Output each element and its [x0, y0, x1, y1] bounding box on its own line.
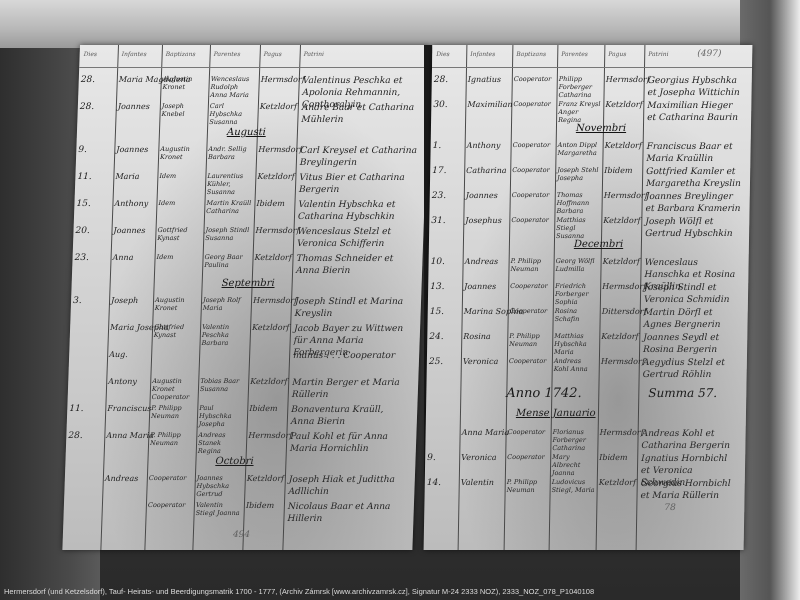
entry-village: Ibidem [599, 453, 627, 462]
entry-sponsors: manus . . . Cooperator [293, 350, 411, 362]
entry-village: Ibidem [249, 404, 278, 413]
entry-parents: Franz Kreysl Anger Regina [558, 100, 601, 124]
entry-day: 20. [75, 226, 90, 236]
entry-baptizans: Cooperator [149, 474, 193, 482]
entry-sponsors: Joseph Stindl et Veronica Schmidin [644, 282, 740, 306]
entry-infant: Josephus [465, 216, 502, 225]
month-heading: Septembri [221, 278, 274, 289]
entry-village: Hermsdorf [606, 75, 650, 84]
entry-parents: Valentin Peschka Barbara [201, 323, 248, 347]
entry-baptizans: Cooperator [512, 166, 553, 174]
column-header: Pagus [264, 51, 282, 58]
entry-day: 25. [429, 357, 444, 367]
entry-infant: Joannes [466, 191, 498, 200]
entry-village: Ketzldorf [603, 216, 640, 225]
entry-sponsors: Aegydius Stelzl et Gertrud Röhlin [643, 357, 739, 381]
entry-village: Ketzldorf [252, 323, 290, 332]
entry-baptizans: Cooperator [508, 428, 549, 436]
entry-village: Ibidem [604, 166, 632, 175]
entry-sponsors: Joseph Hiak et Judittha Adllichin [288, 474, 407, 498]
entry-parents: Joseph Stehl Josepha [557, 166, 600, 182]
entry-infant: Antony [108, 377, 137, 386]
entry-infant: Maria [115, 172, 139, 181]
entry-village: Ketzldorf [603, 257, 640, 266]
entry-day: 28. [80, 102, 95, 112]
entry-village: Hermsdorf [261, 75, 305, 84]
entry-day: 9. [427, 453, 436, 463]
entry-baptizans: Cooperator [509, 357, 550, 365]
column-rule [458, 45, 468, 550]
entry-parents: Andreas Kohl Anna [554, 357, 597, 373]
folio-number: 494 [233, 530, 251, 540]
entry-day: 9. [78, 145, 87, 155]
column-header: Baptizans [166, 51, 196, 58]
entry-baptizans: Gottfried Kynast [154, 323, 199, 339]
entry-baptizans: Cooperator [148, 501, 192, 509]
entry-baptizans: Cooperator [513, 141, 554, 149]
register-page-left: DiesInfantesBaptizansParentesPagusPatrin… [62, 45, 430, 550]
entry-village: Ketzldorf [260, 102, 298, 111]
column-header: Patrini [648, 51, 668, 58]
entry-village: Ketzldorf [254, 253, 292, 262]
entry-parents: Andr. Sellig Barbara [208, 145, 255, 161]
entry-sponsors: Joannes Seydl et Rosina Bergerin [643, 332, 739, 356]
entry-baptizans: Cooperator [510, 307, 551, 315]
entry-baptizans: Augustin Kronet [160, 145, 205, 161]
entry-day: 31. [431, 216, 446, 226]
entry-baptizans: Gottfried Kynast [157, 226, 202, 242]
entry-day: 10. [431, 257, 446, 267]
entry-sponsors: Joseph Wölfl et Gertrud Hybschkin [645, 216, 741, 240]
entry-village: Ketzldorf [605, 141, 642, 150]
entry-parents: Florianus Forberger Catharina [552, 428, 595, 452]
entry-sponsors: Georgius Hybschka et Josepha Wittichin [647, 75, 743, 99]
entry-infant: Veronica [461, 453, 497, 462]
entry-sponsors: Franciscus Baar et Maria Kraüllin [646, 141, 742, 165]
entry-village: Hermsdorf [253, 296, 297, 305]
entry-baptizans: Augustin Kronet [155, 296, 200, 312]
entry-day: 23. [74, 253, 89, 263]
entry-parents: Tobias Baar Susanna [200, 377, 247, 393]
entry-baptizans: P. Philipp Neuman [510, 257, 551, 273]
entry-sponsors: Vitus Bier et Catharina Bergerin [299, 172, 418, 196]
entry-sponsors: Andre Baar et Catharina Mühlerin [301, 102, 420, 126]
column-rule [504, 45, 514, 550]
entry-baptizans: P. Philipp Neuman [507, 478, 548, 494]
entry-parents: Matthias Hybschka Maria [554, 332, 597, 356]
entry-village: Ketzldorf [247, 474, 285, 483]
entry-infant: Rosina [463, 332, 491, 341]
entry-parents: Paul Hybschka Josepha [199, 404, 246, 428]
entry-baptizans: Cooperator [510, 282, 551, 290]
entry-parents: Andreas Stanek Regina [198, 431, 245, 455]
column-header: Infantes [470, 51, 495, 58]
entry-sponsors: Thomas Schneider et Anna Bierin [296, 253, 415, 277]
entry-parents: Friedrich Forberger Sophia [555, 282, 598, 306]
entry-village: Hermsdorf [601, 357, 645, 366]
entry-infant: Franciscus [107, 404, 152, 413]
entry-baptizans: Cooperator [513, 100, 554, 108]
entry-village: Hermsdorf [600, 428, 644, 437]
entry-baptizans: Joseph Knebel [161, 102, 206, 118]
entry-baptizans: P. Philipp Neuman [509, 332, 550, 348]
entry-parents: Anton Dippl Margaretha [557, 141, 600, 157]
entry-sponsors: Martin Dörfl et Agnes Bergnerin [643, 307, 739, 331]
entry-day: 30. [433, 100, 448, 110]
column-header: Parentes [214, 51, 241, 58]
entry-sponsors: Paul Kohl et für Anna Maria Hornichlin [290, 431, 409, 455]
entry-day: 14. [427, 478, 442, 488]
entry-baptizans: P. Philipp Neuman [151, 404, 196, 420]
entry-baptizans: P. Philipp Neuman [150, 431, 195, 447]
entry-infant: Anthony [467, 141, 501, 150]
entry-sponsors: Bonaventura Kraüll, Anna Bierin [291, 404, 410, 428]
scanner-background-top [0, 0, 800, 48]
entry-village: Hermsdorf [258, 145, 302, 154]
entry-infant: Andreas [465, 257, 499, 266]
column-header: Baptizans [516, 51, 546, 58]
entry-infant: Aug. [109, 350, 128, 359]
summa-label: Summa [648, 386, 698, 400]
entry-village: Ibidem [246, 501, 275, 510]
entry-infant: Anna Maria [106, 431, 154, 440]
entry-parents: Thomas Hoffmann Barbara [556, 191, 599, 215]
entry-parents: Joannes Hybschka Gertrud [196, 474, 243, 498]
entry-day: 28. [68, 431, 83, 441]
entry-parents: Joseph Rolf Maria [203, 296, 250, 312]
entry-day: 3. [73, 296, 82, 306]
entry-baptizans: Augustin Kronet [162, 75, 207, 91]
entry-village: Hermsdorf [248, 431, 292, 440]
entry-infant: Joannes [113, 226, 145, 235]
entry-baptizans: Idem [159, 172, 203, 180]
entry-village: Hermsdorf [604, 191, 648, 200]
entry-sponsors: Martin Berger et Maria Rüllerin [292, 377, 411, 401]
entry-parents: Valentin Stiegl Joanna [196, 501, 243, 517]
entry-parents: Mary Albrecht Joanna [552, 453, 595, 477]
entry-parents: Georg Baar Paulina [204, 253, 251, 269]
entry-baptizans: Cooperator [514, 75, 555, 83]
entry-village: Ketzldorf [601, 332, 638, 341]
entry-sponsors: Carl Kreysel et Catharina Breylingerin [300, 145, 419, 169]
entry-parents: Ludovicus Stiegl, Maria [552, 478, 595, 494]
entry-infant: Ignatius [468, 75, 501, 84]
entry-day: 11. [69, 404, 84, 414]
entry-village: Hermsdorf [255, 226, 299, 235]
entry-sponsors: Georgius Hornbichl et Maria Rüllerin [640, 478, 736, 502]
entry-day: 13. [430, 282, 445, 292]
entry-village: Ketzldorf [257, 172, 295, 181]
entry-parents: Georg Wölfl Ludmilla [555, 257, 598, 273]
entry-sponsors: Joseph Stindl et Marina Kreyslin [294, 296, 413, 320]
entry-village: Dittersdorf [602, 307, 647, 316]
register-page-right: DiesInfantesBaptizansParentesPagusPatrin… [424, 45, 753, 550]
month-heading: Decembri [574, 239, 624, 250]
column-header: Patrini [304, 51, 325, 58]
folio-number: (497) [697, 49, 721, 59]
entry-sponsors: Maximilian Hieger et Catharina Baurin [647, 100, 743, 124]
page-note: 78 [664, 503, 676, 513]
column-header: Pagus [608, 51, 626, 58]
entry-sponsors: Joannes Breylinger et Barbara Kramerin [645, 191, 741, 215]
entry-day: 24. [429, 332, 444, 342]
column-header: Infantes [122, 51, 147, 58]
entry-baptizans: Cooperator [511, 216, 552, 224]
entry-parents: Philipp Forberger Catharina [558, 75, 601, 99]
column-header: Parentes [561, 51, 588, 58]
archive-caption: Hermersdorf (und Ketzelsdorf), Tauf- Hei… [0, 584, 800, 600]
entry-baptizans: Augustin Kronet Cooperator [152, 377, 197, 401]
entry-infant: Anna [112, 253, 133, 262]
month-heading: Octobri [215, 456, 254, 467]
entry-village: Ketzldorf [599, 478, 636, 487]
entry-infant: Joannes [464, 282, 496, 291]
entry-parents: Matthias Stiegl Susanna [556, 216, 599, 240]
entry-sponsors: Andreas Kohl et Catharina Bergerin [641, 428, 737, 452]
month-heading: Mense Januario [516, 408, 596, 419]
entry-infant: Andreas [105, 474, 139, 483]
entry-day: 15. [76, 199, 91, 209]
entry-parents: Carl Hybschka Susanna [209, 102, 256, 126]
entry-baptizans: Idem [156, 253, 200, 261]
entry-infant: Joannes [116, 145, 148, 154]
entry-parents: Joseph Stindl Susanna [205, 226, 252, 242]
month-heading: Novembri [576, 123, 626, 134]
summa-value: 57. [698, 386, 717, 400]
entry-day: 28. [434, 75, 449, 85]
entry-day: 11. [77, 172, 92, 182]
entry-parents: Laurentius Kühler, Susanna [207, 172, 254, 196]
entry-day: 15. [430, 307, 445, 317]
entry-baptizans: Cooperator [507, 453, 548, 461]
entry-parents: Martin Kraüll Catharina [206, 199, 253, 215]
entry-parents: Rosina Schafin [555, 307, 598, 323]
year-heading: Anno 1742. [506, 386, 582, 401]
entry-sponsors: Valentin Hybschka et Catharina Hybschkin [298, 199, 417, 223]
entry-sponsors: Gottfried Kamler et Margaretha Kreyslin [646, 166, 742, 190]
month-heading: Augusti [227, 127, 266, 138]
entry-village: Ketzldorf [605, 100, 642, 109]
entry-day: 23. [432, 191, 447, 201]
entry-infant: Maximilian [467, 100, 512, 109]
entry-day: 28. [81, 75, 96, 85]
entry-day: 1. [433, 141, 442, 151]
column-header: Dies [436, 51, 449, 58]
entry-village: Ibidem [256, 199, 285, 208]
entry-infant: Valentin [461, 478, 494, 487]
entry-infant: Joseph [111, 296, 138, 305]
entry-parents: Wenceslaus Rudolph Anna Maria [210, 75, 257, 99]
entry-infant: Veronica [463, 357, 499, 366]
column-header: Dies [84, 51, 98, 58]
entry-infant: Anthony [114, 199, 148, 208]
entry-village: Hermsdorf [602, 282, 646, 291]
entry-village: Ketzldorf [250, 377, 288, 386]
summa-total: Summa 57. [648, 386, 717, 400]
entry-sponsors: Wenceslaus Stelzl et Veronica Schifferin [297, 226, 416, 250]
entry-day: 17. [432, 166, 447, 176]
column-header-row: DiesInfantesBaptizansParentesPagusPatrin… [79, 45, 430, 68]
entry-sponsors: Nicolaus Baar et Anna Hillerin [287, 501, 406, 525]
entry-baptizans: Idem [158, 199, 202, 207]
entry-infant: Joannes [118, 102, 150, 111]
entry-baptizans: Cooperator [512, 191, 553, 199]
entry-infant: Anna Maria [462, 428, 510, 437]
entry-infant: Catharina [466, 166, 507, 175]
